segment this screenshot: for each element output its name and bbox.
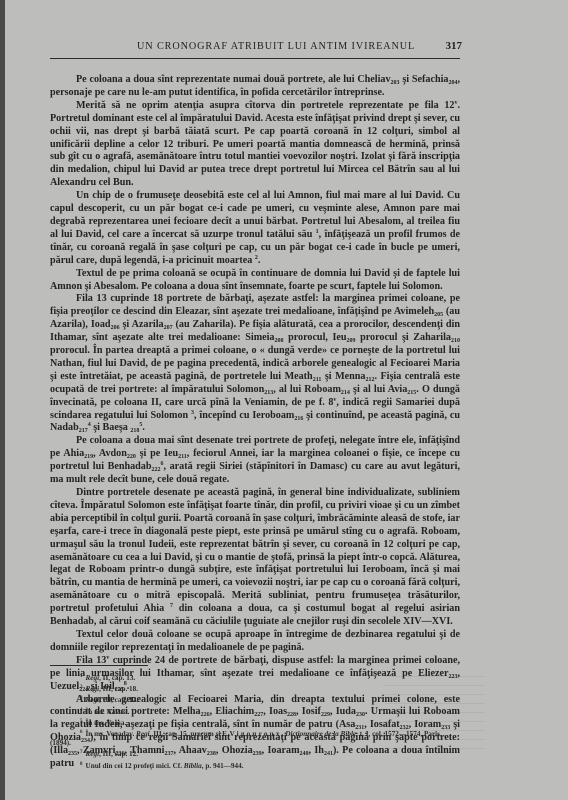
- paragraph: Textul de pe prima coloană se ocupă în c…: [50, 268, 460, 294]
- subscript-index: 210: [451, 338, 460, 344]
- paragraph: Pe coloana a doua mai sînt desenate trei…: [50, 435, 460, 487]
- subscript-index: 218: [130, 428, 139, 434]
- subscript-index: 205: [434, 312, 443, 318]
- text-run: prorocul, Ieu: [284, 332, 347, 343]
- text-run: , al lui Roboam: [273, 384, 341, 395]
- footnote-number: 5: [80, 719, 83, 724]
- text-run: , Avdon: [93, 448, 127, 459]
- footnote-rule: [50, 665, 148, 666]
- footnote-number: 1: [80, 674, 83, 679]
- text-run: .: [142, 422, 145, 433]
- text-run: Textul de pe prima coloană se ocupă în c…: [50, 268, 460, 292]
- text-run: . Portretul dominant este cel al împărat…: [50, 100, 460, 188]
- footnote-number: 8: [80, 762, 83, 767]
- text-run: , p. 941—944.: [202, 762, 244, 770]
- italic-title: Regi: [86, 674, 100, 682]
- paragraph: Fila 13 cuprinde 18 portrete de bărbaţi,…: [50, 293, 460, 435]
- text-run: , III, cap. 15, precum şi F.: [150, 730, 230, 738]
- footnote: 8Unul din cei 12 profeţi mici. Cf. Bibli…: [50, 760, 462, 771]
- italic-title: Regi: [86, 685, 100, 693]
- paragraph: Un chip de o frumuseţe deosebită este ce…: [50, 190, 460, 267]
- body-text: Pe coloana a doua sînt reprezentate numa…: [50, 74, 460, 771]
- text-run: şi Menna: [321, 371, 365, 382]
- subscript-index: 215: [407, 390, 416, 396]
- running-header: UN CRONOGRAF ATRIBUIT LUI ANTIM IVIREANU…: [52, 40, 462, 52]
- subscript-index: 209: [347, 338, 356, 344]
- text-run: şi al lui Avia: [350, 384, 407, 395]
- footnote-number: 7: [80, 750, 83, 755]
- italic-title: Regi: [86, 696, 100, 704]
- subscript-index: 213: [264, 390, 273, 396]
- subscript-index: 207: [164, 325, 173, 331]
- header-rule: [50, 58, 460, 59]
- running-title: UN CRONOGRAF ATRIBUIT LUI ANTIM IVIREANU…: [137, 41, 415, 52]
- subscript-index: 219: [84, 454, 93, 460]
- subscript-index: 216: [294, 416, 303, 422]
- text-run: Textul celor două coloane se ocupă aproa…: [50, 629, 460, 653]
- text-run: , III, cap. 12.: [99, 750, 138, 758]
- paragraph: Merită să ne oprim atenţia asupra cîtorv…: [50, 100, 460, 190]
- text-run: , II, cap. 13.: [99, 674, 135, 682]
- text-run: Fila 13 cuprinde 18 portrete de bărbaţi,…: [50, 293, 460, 317]
- italic-title: Biblia: [184, 762, 202, 770]
- subscript-index: 214: [341, 390, 350, 396]
- subscript-index: 211: [178, 454, 187, 460]
- text-run: .: [258, 255, 261, 266]
- text-run: În ms. Venadav.: [86, 730, 137, 738]
- text-run: şi Sefachia: [400, 74, 449, 85]
- text-run: , începînd cu Ieroboam: [194, 410, 294, 421]
- subscript-index: 222: [151, 467, 160, 473]
- subscript-index: 220: [127, 454, 136, 460]
- text-run: Pe coloana a doua sînt reprezentate numa…: [76, 74, 391, 85]
- page-number: 317: [446, 40, 463, 52]
- text-run: În ms. Vaasa.: [86, 719, 127, 727]
- text-run: , III, cap. 18.: [99, 685, 138, 693]
- text-run: Merită să ne oprim atenţia asupra cîtorv…: [76, 100, 454, 111]
- paragraph: Textul celor două coloane se ocupă aproa…: [50, 629, 460, 655]
- text-run: În ms. Navast.: [86, 708, 130, 716]
- subscript-index: 203: [391, 80, 400, 86]
- text-run: prorocul şi Zaharila: [356, 332, 451, 343]
- text-run: şi Azarila: [120, 319, 164, 330]
- subscript-index: 208: [275, 338, 284, 344]
- footnote-number: 4: [80, 708, 83, 713]
- footnote-number: 3: [80, 696, 83, 701]
- footnote-number: 2: [80, 685, 83, 690]
- subscript-index: 217: [79, 428, 88, 434]
- italic-title: Dictionnaire de la Bible: [285, 730, 356, 738]
- subscript-index: 206: [111, 325, 120, 331]
- italic-title: Regi: [136, 730, 150, 738]
- paragraph: Pe coloana a doua sînt reprezentate numa…: [50, 74, 460, 100]
- paragraph: Dintre portretele desenate pe această pa…: [50, 487, 460, 629]
- show-through-text: [385, 676, 485, 756]
- author-name: Vigouroux: [230, 730, 282, 738]
- italic-title: Regi: [86, 750, 100, 758]
- text-run: , III, cap. 12.: [99, 696, 138, 704]
- footnote-number: 6: [80, 730, 83, 735]
- text-run: Unul din cei 12 profeţi mici. Cf.: [86, 762, 184, 770]
- text-run: Dintre portretele desenate pe această pa…: [50, 487, 460, 614]
- text-run: şi Baeşa: [91, 422, 131, 433]
- text-run: şi pe Ieu: [136, 448, 178, 459]
